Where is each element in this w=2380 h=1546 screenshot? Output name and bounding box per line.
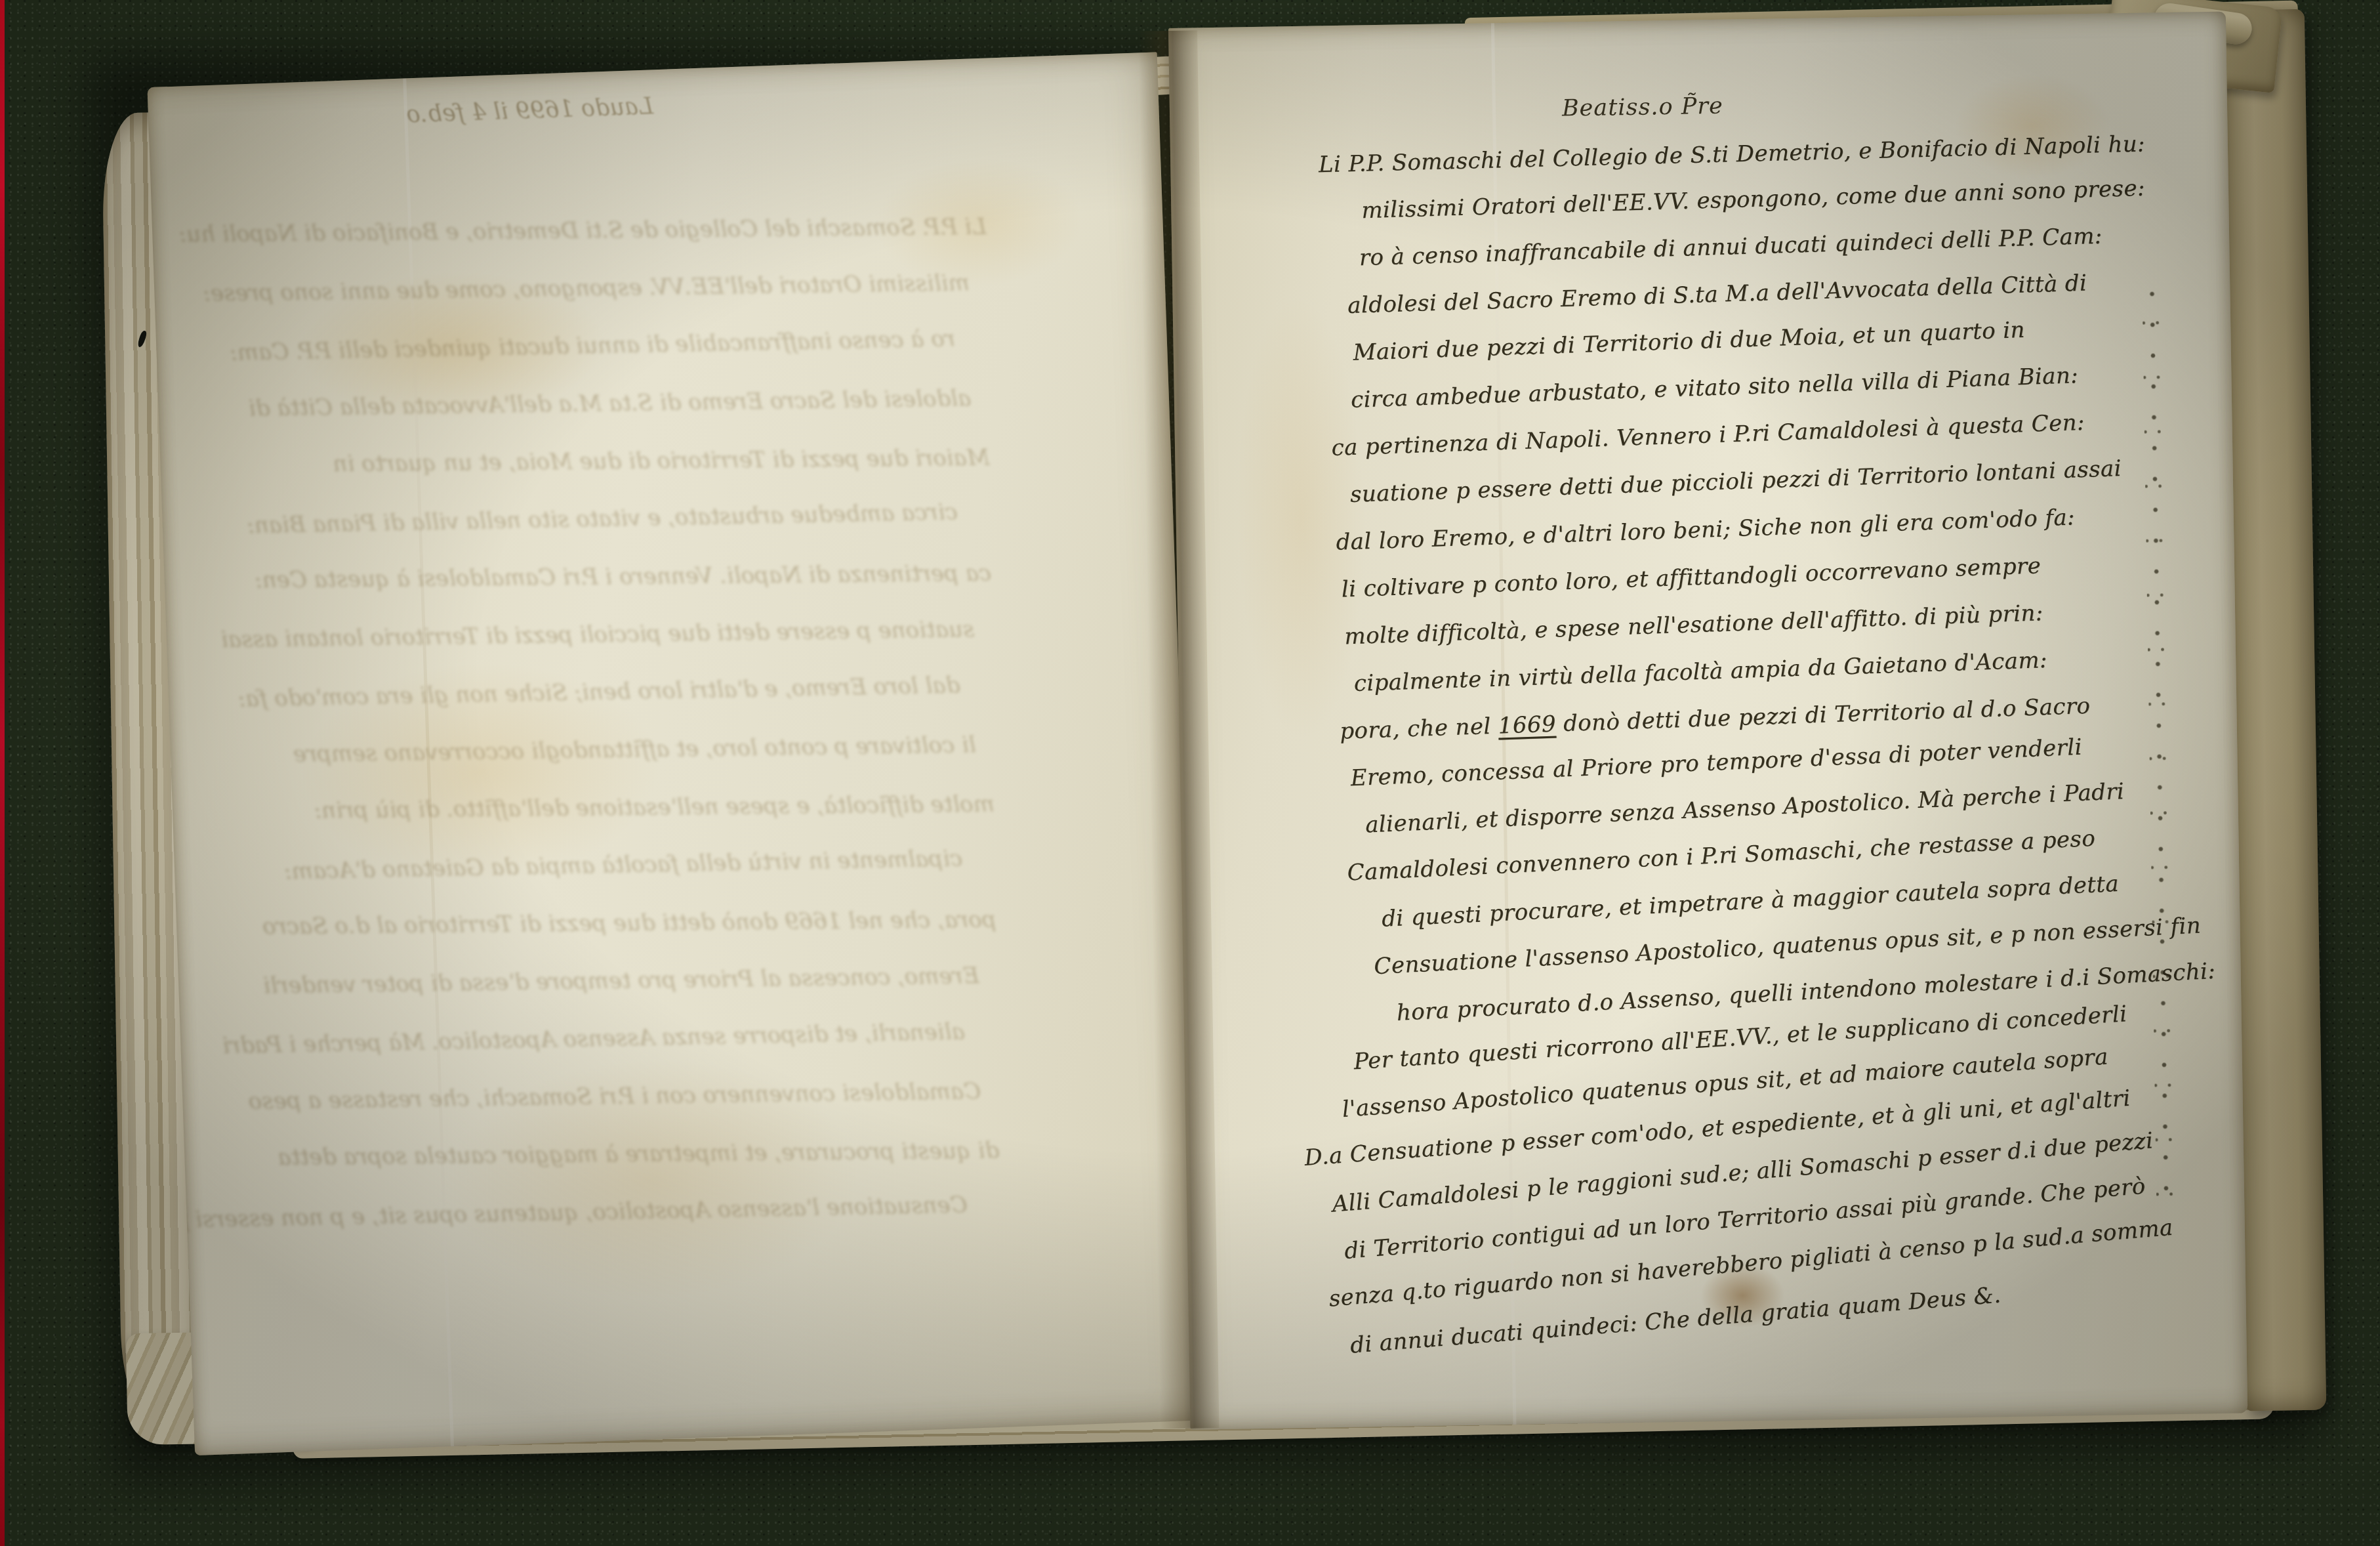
bleed-line: pora, che nel 1669 donò detti due pezzi … bbox=[161, 890, 996, 956]
petition-heading: Beatiss.o P̃re bbox=[1562, 93, 1723, 122]
line-prefix: pora, che nel bbox=[1340, 713, 1499, 745]
bleed-through-text: Li P.P. Somaschi del Collegio de S.ti De… bbox=[152, 194, 1176, 1247]
bleed-line: Censuatione l'assenso Apostolico, quaten… bbox=[165, 1176, 968, 1249]
left-page: Laudo 1699 il 4 feb.o Li P.P. Somaschi d… bbox=[147, 52, 1204, 1455]
photographed-manuscript-scene: Laudo 1699 il 4 feb.o Li P.P. Somaschi d… bbox=[0, 0, 2380, 1546]
manuscript-text: Li P.P. Somaschi del Collegio de S.ti De… bbox=[1170, 110, 2247, 1374]
bleed-line: Li P.P. Somaschi del Collegio de S.ti De… bbox=[152, 198, 987, 264]
open-manuscript-book: Laudo 1699 il 4 feb.o Li P.P. Somaschi d… bbox=[100, 0, 2330, 1478]
right-page: Beatiss.o P̃re Li P.P. Somaschi del Coll… bbox=[1168, 12, 2247, 1430]
bleed-line: ca pertinenza di Napoli. Vennero i P.ri … bbox=[157, 545, 992, 610]
bleed-through-text-layer: Li P.P. Somaschi del Collegio de S.ti De… bbox=[147, 52, 1204, 1455]
scanner-red-edge-strip bbox=[0, 0, 5, 1546]
underlined-year: 1669 bbox=[1498, 711, 1556, 740]
